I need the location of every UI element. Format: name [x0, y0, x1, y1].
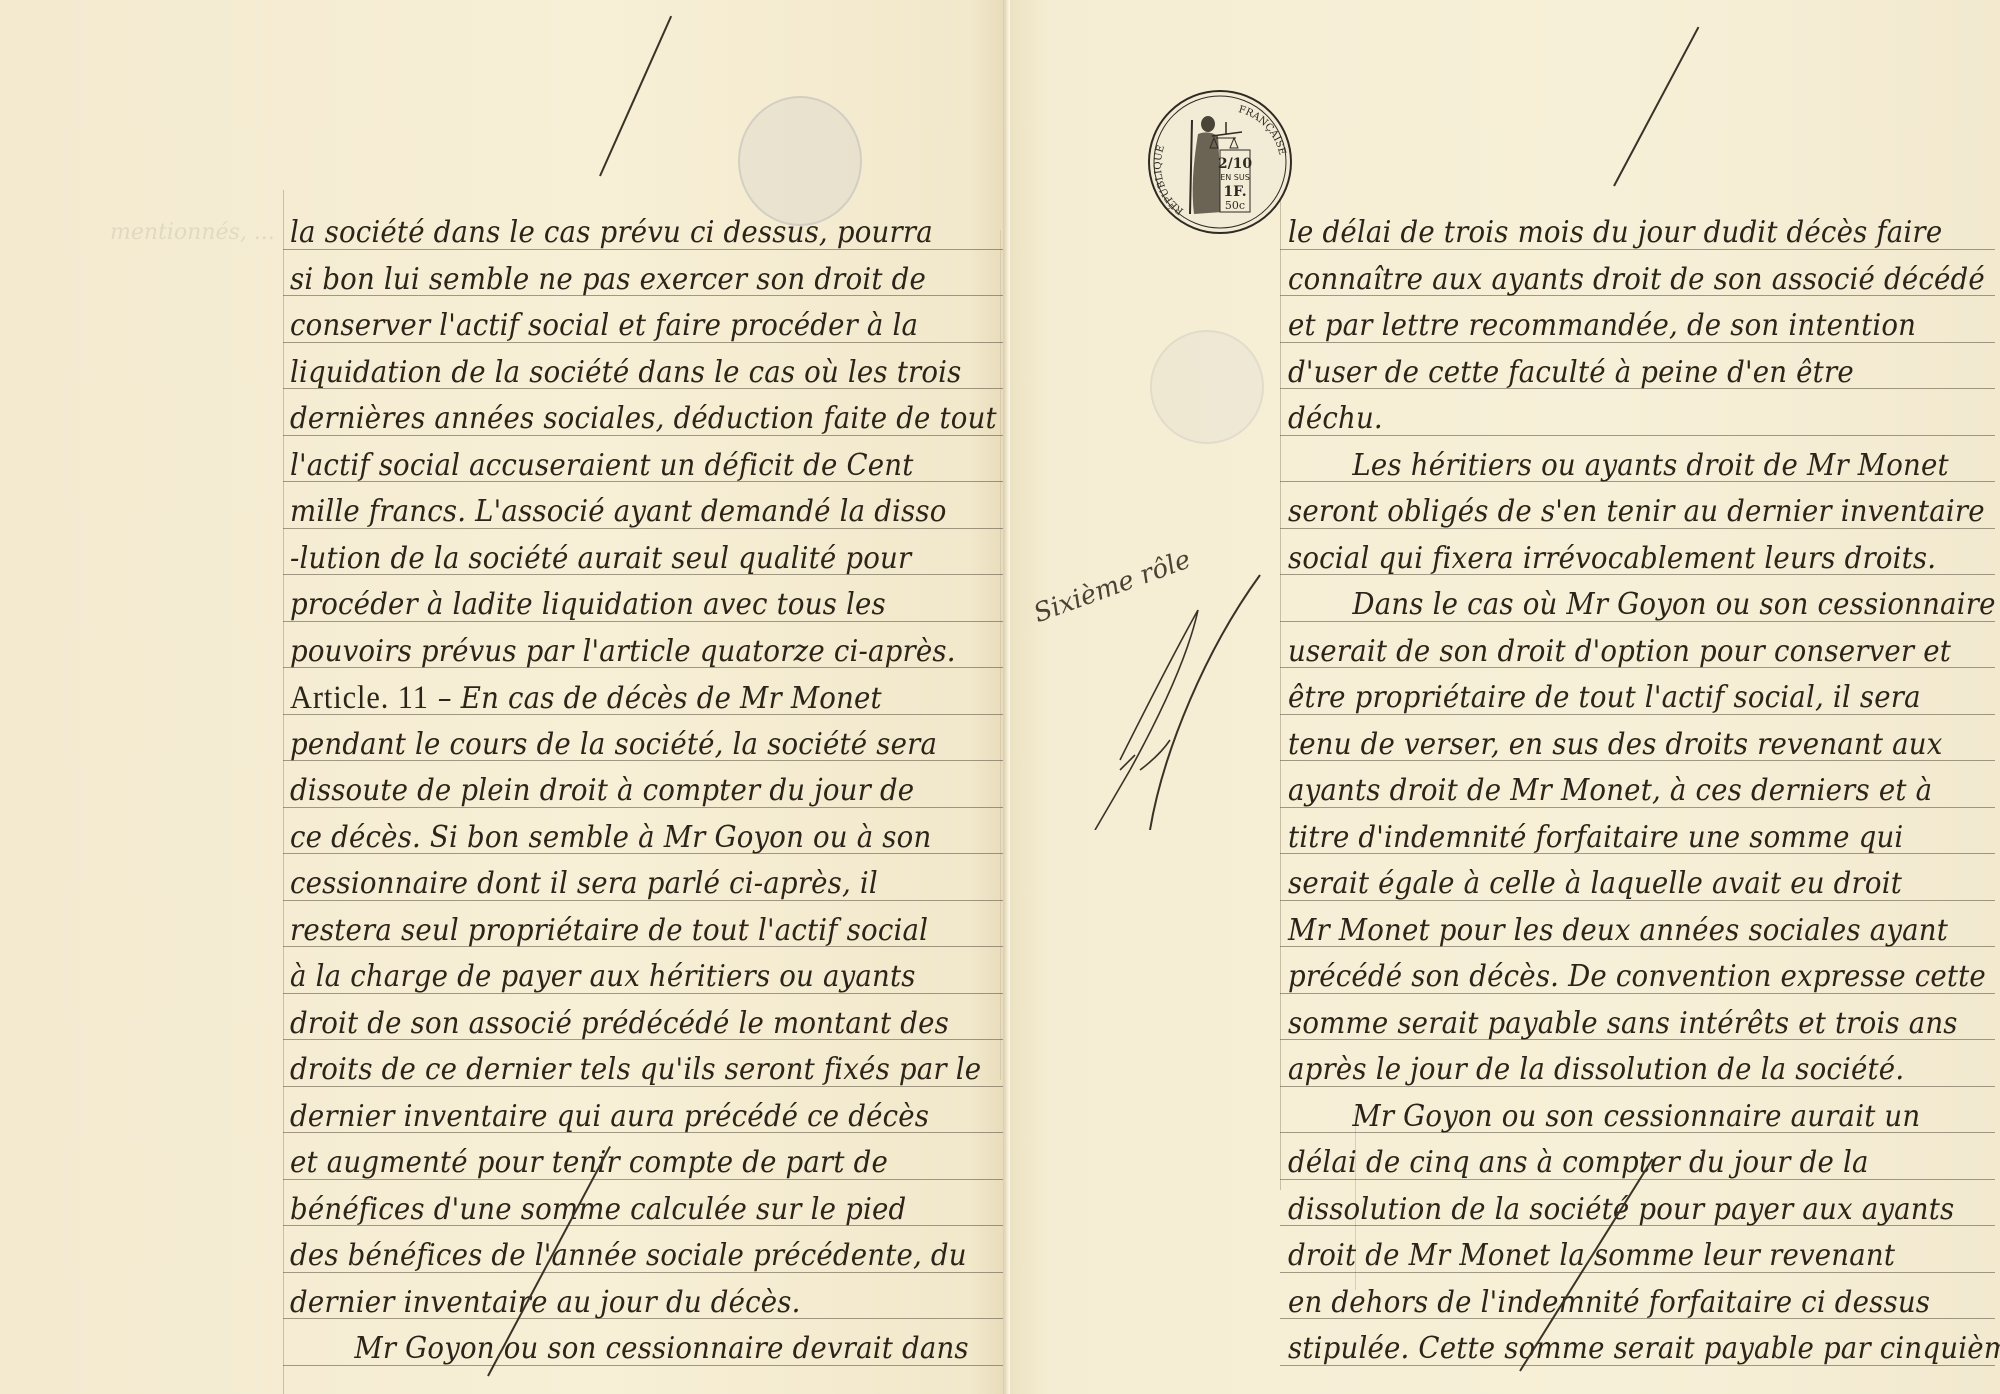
- left-page-text: la société dans le cas prévu ci dessus, …: [290, 210, 1058, 1373]
- text-line: si bon lui semble ne pas exercer son dro…: [290, 257, 997, 304]
- article-heading: Article. 11: [290, 680, 429, 716]
- svg-text:EN SUS: EN SUS: [1220, 173, 1250, 182]
- svg-text:2/10: 2/10: [1218, 156, 1253, 172]
- text-line: droits de ce dernier tels qu'ils seront …: [290, 1047, 997, 1094]
- text-line: la société dans le cas prévu ci dessus, …: [290, 210, 997, 257]
- embossed-seal-right: [1150, 330, 1264, 444]
- text-line: seront obligés de s'en tenir au dernier …: [1288, 489, 2000, 536]
- text-line: mille francs. L'associé ayant demandé la…: [290, 489, 997, 536]
- bleed-through-text-left: mentionnés, ...: [110, 210, 275, 256]
- text-line: précédé son décès. De convention express…: [1288, 954, 2000, 1001]
- text-line: serait égale à celle à laquelle avait eu…: [1288, 861, 2000, 908]
- right-page-text: le délai de trois mois du jour dudit déc…: [1288, 210, 2000, 1373]
- fiscal-stamp: RÉPUBLIQUE FRANÇAISE 2/10 EN SUS 1F. 50c: [1148, 90, 1292, 234]
- paraphe-signature-icon: [1090, 570, 1290, 830]
- text-line: cessionnaire dont il sera parlé ci-après…: [290, 861, 997, 908]
- text-line: titre d'indemnité forfaitaire une somme …: [1288, 815, 2000, 862]
- text-line: stipulée. Cette somme serait payable par…: [1288, 1326, 2000, 1373]
- text-line: dissolution de la société pour payer aux…: [1288, 1187, 2000, 1234]
- svg-text:50c: 50c: [1225, 199, 1245, 212]
- text-line: après le jour de la dissolution de la so…: [1288, 1047, 2000, 1094]
- text-line: Dans le cas où Mr Goyon ou son cessionna…: [1288, 582, 2000, 629]
- text-line: ayants droit de Mr Monet, à ces derniers…: [1288, 768, 2000, 815]
- text-line: Mr Goyon ou son cessionnaire devrait dan…: [290, 1326, 997, 1373]
- text-line: dissoute de plein droit à compter du jou…: [290, 768, 997, 815]
- text-line: ce décès. Si bon semble à Mr Goyon ou à …: [290, 815, 997, 862]
- text-line: pendant le cours de la société, la socié…: [290, 722, 997, 769]
- text-line: Mr Monet pour les deux années sociales a…: [1288, 908, 2000, 955]
- text-line: le délai de trois mois du jour dudit déc…: [1288, 210, 2000, 257]
- text-line: des bénéfices de l'année sociale précéde…: [290, 1233, 997, 1280]
- text-line: liquidation de la société dans le cas où…: [290, 350, 997, 397]
- text-line: dernier inventaire au jour du décès.: [290, 1280, 997, 1327]
- text-line: et par lettre recommandée, de son intent…: [1288, 303, 2000, 350]
- text-line: connaître aux ayants droit de son associ…: [1288, 257, 2000, 304]
- text-line: délai de cinq ans à compter du jour de l…: [1288, 1140, 2000, 1187]
- text-line: -lution de la société aurait seul qualit…: [290, 536, 997, 583]
- left-page: mentionnés, ... la société dans le cas p…: [0, 0, 1010, 1394]
- text-line: tenu de verser, en sus des droits revena…: [1288, 722, 2000, 769]
- text-line: et augmenté pour tenir compte de part de: [290, 1140, 997, 1187]
- text-line: restera seul propriétaire de tout l'acti…: [290, 908, 997, 955]
- text-line: en dehors de l'indemnité forfaitaire ci …: [1288, 1280, 2000, 1327]
- text-line: conserver l'actif social et faire procéd…: [290, 303, 997, 350]
- text-line: Article. 11 – En cas de décès de Mr Mone…: [290, 675, 997, 722]
- text-line: d'user de cette faculté à peine d'en êtr…: [1288, 350, 2000, 397]
- cancel-stroke-top-right: [1613, 27, 1699, 187]
- svg-text:1F.: 1F.: [1223, 184, 1246, 200]
- text-line: social qui fixera irrévocablement leurs …: [1288, 536, 2000, 583]
- text-line: droit de son associé prédécédé le montan…: [290, 1001, 997, 1048]
- text-line: à la charge de payer aux héritiers ou ay…: [290, 954, 997, 1001]
- svg-text:FRANÇAISE: FRANÇAISE: [1237, 104, 1287, 156]
- text-line: pouvoirs prévus par l'article quatorze c…: [290, 629, 997, 676]
- text-line: déchu.: [1288, 396, 2000, 443]
- text-line: l'actif social accuseraient un déficit d…: [290, 443, 997, 490]
- text-line: bénéfices d'une somme calculée sur le pi…: [290, 1187, 997, 1234]
- text-line: Mr Goyon ou son cessionnaire aurait un: [1288, 1094, 2000, 1141]
- text-line: droit de Mr Monet la somme leur revenant: [1288, 1233, 2000, 1280]
- cancel-stroke-top-left: [599, 16, 672, 177]
- marianne-justice-icon: RÉPUBLIQUE FRANÇAISE 2/10 EN SUS 1F. 50c: [1150, 92, 1290, 232]
- text-line: dernier inventaire qui aura précédé ce d…: [290, 1094, 997, 1141]
- left-margin-rule: [283, 190, 284, 1394]
- text-line: userait de son droit d'option pour conse…: [1288, 629, 2000, 676]
- embossed-seal-left: [738, 96, 862, 226]
- text-line: somme serait payable sans intérêts et tr…: [1288, 1001, 2000, 1048]
- svg-text:RÉPUBLIQUE: RÉPUBLIQUE: [1153, 144, 1186, 217]
- text-line: procéder à ladite liquidation avec tous …: [290, 582, 997, 629]
- text-line: Les héritiers ou ayants droit de Mr Mone…: [1288, 443, 2000, 490]
- text-line: être propriétaire de tout l'actif social…: [1288, 675, 2000, 722]
- text-line: dernières années sociales, déduction fai…: [290, 396, 997, 443]
